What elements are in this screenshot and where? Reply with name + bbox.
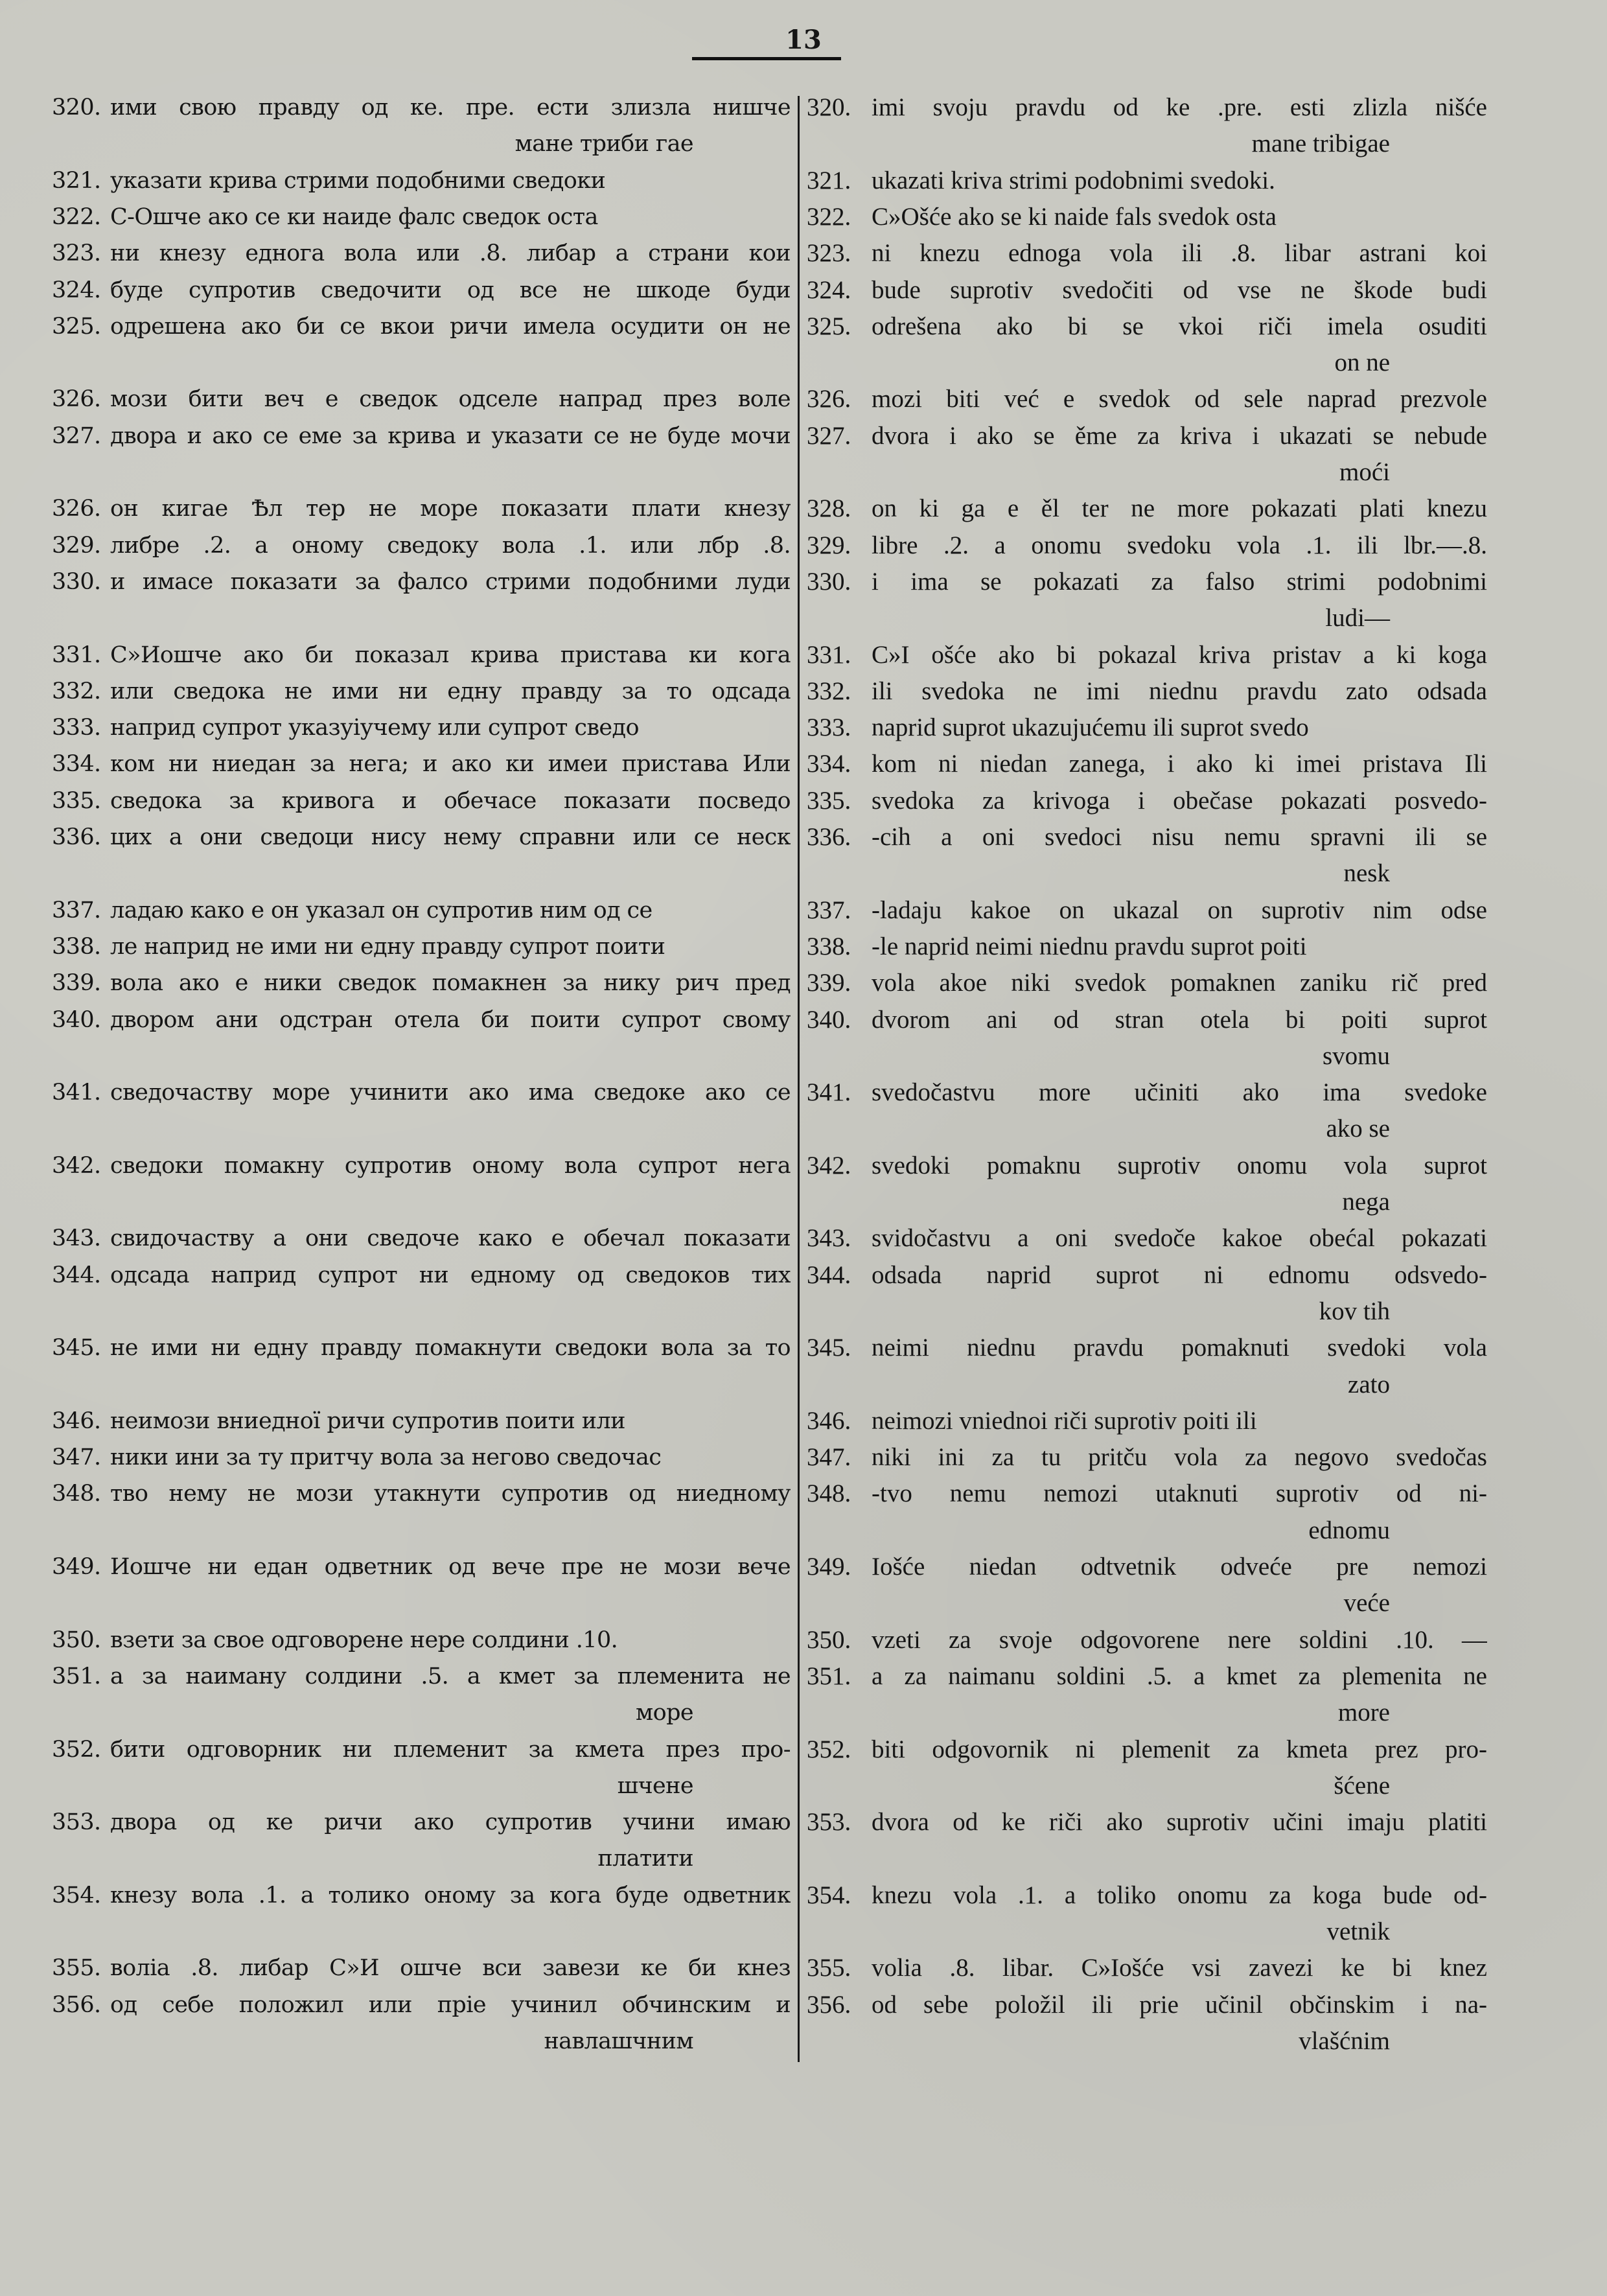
line-number: 345. <box>52 1331 110 1365</box>
line-text: odrešena ako bi se vkoi riči imela osudi… <box>872 310 1487 343</box>
line-number: 325. <box>807 310 872 343</box>
line-text: C»Ošće ako se ki naide fals svedok osta <box>872 200 1487 234</box>
numbered-line: 348.-tvo nemu nemozi utaknuti suprotiv o… <box>807 1477 1487 1511</box>
line-text: bude suprotiv svedočiti od vse ne škode … <box>872 273 1487 307</box>
numbered-line: 333.наприд супрот указуіучему или супрот… <box>52 711 791 745</box>
numbered-line: 330.и имасе показати за фалсо стрими под… <box>52 565 791 599</box>
line-number: 351. <box>52 1660 110 1693</box>
numbered-line: 322.С-Ошче ако се ки наиде фалс сведок о… <box>52 200 791 234</box>
line-number: 350. <box>52 1623 110 1657</box>
line-text: od sebe položil ili prie učinil občinski… <box>872 1988 1487 2022</box>
numbered-line: 355.воліа .8. либар С»И ошче вси завези … <box>52 1951 791 1985</box>
numbered-line: 321.ukazati kriva strimi podobnimi svedo… <box>807 164 1487 198</box>
line-number: 335. <box>52 784 110 818</box>
continuation-line: on ne <box>807 346 1487 380</box>
numbered-line: 353.dvora od ke riči ako suprotiv učini … <box>807 1805 1487 1839</box>
line-number: 327. <box>807 419 872 453</box>
numbered-line: 349.Iošće niedan odtvetnik odveće pre ne… <box>807 1550 1487 1584</box>
line-text: veće <box>872 1586 1487 1620</box>
line-text: volia .8. libar. C»Iošće vsi zavezi ke b… <box>872 1951 1487 1985</box>
continuation-line: zato <box>807 1368 1487 1402</box>
continuation-line: veće <box>807 1586 1487 1620</box>
numbered-line: 344.odsada naprid suprot ni ednomu odsve… <box>807 1258 1487 1292</box>
line-text: С»Иошче ако би показал крива пристава ки… <box>110 638 791 672</box>
line-text: двора и ако се еме за крива и указати се… <box>110 419 791 453</box>
continuation-line: ednomu <box>807 1514 1487 1548</box>
line-text: niki ini za tu pritču vola za negovo sve… <box>872 1441 1487 1474</box>
numbered-line: 347.niki ini za tu pritču vola za negovo… <box>807 1441 1487 1474</box>
line-text: i ima se pokazati za falso strimi podobn… <box>872 565 1487 599</box>
line-text: vzeti za svoje odgovorene nere soldini .… <box>872 1623 1487 1657</box>
continuation-line: more <box>807 1696 1487 1730</box>
line-text: -cih a oni svedoci nisu nemu spravni ili… <box>872 820 1487 854</box>
line-number: 339. <box>807 966 872 1000</box>
line-number: 338. <box>52 930 110 964</box>
numbered-line: 342.сведоки помакну супротив оному вола … <box>52 1149 791 1183</box>
numbered-line: 323.ни кнезу еднога вола или .8. либар а… <box>52 237 791 270</box>
line-text: mane tribigae <box>872 127 1487 161</box>
numbered-line: 335.сведока за кривога и обечасе показат… <box>52 784 791 818</box>
line-text: ими свою правду од ке. пре. ести злизла … <box>110 91 791 124</box>
numbered-line: 327.двора и ако се еме за крива и указат… <box>52 419 791 453</box>
numbered-line: 330.i ima se pokazati za falso strimi po… <box>807 565 1487 599</box>
page-number-rule <box>692 57 841 60</box>
numbered-line: 323.ni knezu ednoga vola ili .8. libar a… <box>807 237 1487 270</box>
numbered-line: 348.тво нему не мози утакнути супротив о… <box>52 1477 791 1511</box>
line-text: vetnik <box>872 1915 1487 1949</box>
line-number: 355. <box>52 1951 110 1985</box>
numbered-line: 342.svedoki pomaknu suprotiv onomu vola … <box>807 1149 1487 1183</box>
line-number: 338. <box>807 930 872 964</box>
numbered-line: 332.ili svedoka ne imi niednu pravdu zat… <box>807 675 1487 708</box>
line-text: šćene <box>872 1769 1487 1803</box>
numbered-line: 325.одрешена ако би се вкои ричи имела о… <box>52 310 791 343</box>
numbered-line: 354.knezu vola .1. a toliko onomu za kog… <box>807 1879 1487 1912</box>
line-number: 331. <box>807 638 872 672</box>
line-text: навлашчним <box>110 2024 791 2058</box>
numbered-line: 339.вола ако е ники сведок помакнен за н… <box>52 966 791 1000</box>
numbered-line: 324.bude suprotiv svedočiti od vse ne šk… <box>807 273 1487 307</box>
line-text: kom ni niedan zanega, i ako ki imei pris… <box>872 747 1487 781</box>
line-number: 347. <box>807 1441 872 1474</box>
line-number: 339. <box>52 966 110 1000</box>
line-text: dvora i ako se ěme za kriva i ukazati se… <box>872 419 1487 453</box>
continuation-line: svomu <box>807 1039 1487 1073</box>
line-number: 353. <box>52 1805 110 1839</box>
continuation-line: nesk <box>807 857 1487 890</box>
line-number: 341. <box>52 1076 110 1109</box>
numbered-line: 339.vola akoe niki svedok pomaknen zanik… <box>807 966 1487 1000</box>
line-number: 321. <box>807 164 872 198</box>
line-number: 349. <box>52 1550 110 1584</box>
line-number: 324. <box>52 273 110 307</box>
line-text: буде супротив сведочити од все не шкоде … <box>110 273 791 307</box>
continuation-line: ludi— <box>807 601 1487 635</box>
numbered-line: 326.он кигае Ѣл тер не море показати пла… <box>52 492 791 526</box>
numbered-line: 350.vzeti za svoje odgovorene nere soldi… <box>807 1623 1487 1657</box>
line-text: двора од ке ричи ако супротив учини имаю <box>110 1805 791 1839</box>
line-number: 352. <box>807 1733 872 1767</box>
line-text: svedoki pomaknu suprotiv onomu vola supr… <box>872 1149 1487 1183</box>
line-number: 328. <box>807 492 872 526</box>
numbered-line: 351.a za naimanu soldini .5. a kmet za p… <box>807 1660 1487 1693</box>
line-text: двором ани одстран отела би поити супрот… <box>110 1003 791 1037</box>
numbered-line: 354.кнезу вола .1. а толико оному за ког… <box>52 1879 791 1912</box>
line-number: 340. <box>52 1003 110 1037</box>
numbered-line: 344.одсада наприд супрот ни едному од св… <box>52 1258 791 1292</box>
line-text: цих а они сведоци нису нему справни или … <box>110 820 791 854</box>
line-text: vlašćnim <box>872 2024 1487 2058</box>
line-text: zato <box>872 1368 1487 1402</box>
line-text: odsada naprid suprot ni ednomu odsvedo- <box>872 1258 1487 1292</box>
numbered-line: 324.буде супротив сведочити од все не шк… <box>52 273 791 307</box>
numbered-line: 351.а за наиману солдини .5. а кмет за п… <box>52 1660 791 1693</box>
line-text: вола ако е ники сведок помакнен за нику … <box>110 966 791 1000</box>
line-number: 327. <box>52 419 110 453</box>
line-text: бити одговорник ни племенит за кмета пре… <box>110 1733 791 1767</box>
line-number: 346. <box>52 1404 110 1438</box>
line-number: 322. <box>52 200 110 234</box>
line-number: 341. <box>807 1076 872 1109</box>
numbered-line: 356.од себе положил или пріе учинил обчи… <box>52 1988 791 2022</box>
line-text: moći <box>872 456 1487 489</box>
line-number: 355. <box>807 1951 872 1985</box>
line-number: 343. <box>807 1222 872 1255</box>
line-number: 323. <box>807 237 872 270</box>
line-text: libre .2. a onomu svedoku vola .1. ili l… <box>872 529 1487 562</box>
line-text: и имасе показати за фалсо стрими подобни… <box>110 565 791 599</box>
line-number: 334. <box>807 747 872 781</box>
numbered-line: 326.мози бити веч е сведок одселе напрад… <box>52 382 791 416</box>
line-number: 330. <box>52 565 110 599</box>
numbered-line: 329.либре .2. а оному сведоку вола .1. и… <box>52 529 791 562</box>
line-number: 330. <box>807 565 872 599</box>
continuation-line: платити <box>52 1842 791 1875</box>
line-number: 348. <box>807 1477 872 1511</box>
line-text: кнезу вола .1. а толико оному за кога бу… <box>110 1879 791 1912</box>
line-number: 337. <box>807 894 872 927</box>
line-number: 322. <box>807 200 872 234</box>
numbered-line: 340.двором ани одстран отела би поити су… <box>52 1003 791 1037</box>
numbered-line: 331.С»Иошче ако би показал крива пристав… <box>52 638 791 672</box>
line-text: платити <box>110 1842 791 1875</box>
numbered-line: 325.odrešena ako bi se vkoi riči imela o… <box>807 310 1487 343</box>
continuation-line: шчене <box>52 1769 791 1803</box>
line-number: 326. <box>807 382 872 416</box>
numbered-line: 341.svedočastvu more učiniti ako ima sve… <box>807 1076 1487 1109</box>
line-number: 329. <box>52 529 110 562</box>
line-text: -ladaju kakoe on ukazal on suprotiv nim … <box>872 894 1487 927</box>
numbered-line: 337.-ladaju kakoe on ukazal on suprotiv … <box>807 894 1487 927</box>
line-number: 352. <box>52 1733 110 1767</box>
line-number: 336. <box>52 820 110 854</box>
numbered-line: 332.или сведока не ими ни едну правду за… <box>52 675 791 708</box>
line-number: 351. <box>807 1660 872 1693</box>
numbered-line: 331.C»I ošće ako bi pokazal kriva prista… <box>807 638 1487 672</box>
line-text: а за наиману солдини .5. а кмет за племе… <box>110 1660 791 1693</box>
line-text: nega <box>872 1185 1487 1219</box>
line-number: 334. <box>52 747 110 781</box>
line-number: 323. <box>52 237 110 270</box>
line-text: -le naprid neimi niednu pravdu suprot po… <box>872 930 1487 964</box>
numbered-line: 352.biti odgovornik ni plemenit za kmeta… <box>807 1733 1487 1767</box>
line-text: сведоки помакну супротив оному вола супр… <box>110 1149 791 1183</box>
numbered-line: 343.свидочаству а они сведоче како е обе… <box>52 1222 791 1255</box>
line-number: 332. <box>807 675 872 708</box>
line-text: сведочаству море учинити ако има сведоке… <box>110 1076 791 1109</box>
line-number: 325. <box>52 310 110 343</box>
continuation-line: навлашчним <box>52 2024 791 2058</box>
line-number: 345. <box>807 1331 872 1365</box>
line-text: С-Ошче ако се ки наиде фалс сведок оста <box>110 200 791 234</box>
line-number: 329. <box>807 529 872 562</box>
line-text: ни кнезу еднога вола или .8. либар а стр… <box>110 237 791 270</box>
line-number: 320. <box>52 91 110 124</box>
line-text: не ими ни едну правду помакнути сведоки … <box>110 1331 791 1365</box>
numbered-line: 333.naprid suprot ukazujućemu ili suprot… <box>807 711 1487 745</box>
line-text: svedoka za krivoga i obečase pokazati po… <box>872 784 1487 818</box>
numbered-line: 346.неимози вниедної ричи супротив поити… <box>52 1404 791 1438</box>
line-number: 346. <box>807 1404 872 1438</box>
line-text: svedočastvu more učiniti ako ima svedoke <box>872 1076 1487 1109</box>
numbered-line: 349.Иошче ни едан одветник од вече пре н… <box>52 1550 791 1584</box>
continuation-line: vetnik <box>807 1915 1487 1949</box>
line-text: либре .2. а оному сведоку вола .1. или л… <box>110 529 791 562</box>
line-text: воліа .8. либар С»И ошче вси завези ке б… <box>110 1951 791 1985</box>
line-text: ako se <box>872 1112 1487 1146</box>
line-text: on ki ga e ěl ter ne more pokazati plati… <box>872 492 1487 526</box>
line-text: Iošće niedan odtvetnik odveće pre nemozi <box>872 1550 1487 1584</box>
line-text: неимози вниедної ричи супротив поити или <box>110 1404 791 1438</box>
line-text: ком ни ниедан за нега; и ако ки имеи при… <box>110 747 791 781</box>
line-number: 354. <box>807 1879 872 1912</box>
numbered-line: 346.neimozi vniednoi riči suprotiv poiti… <box>807 1404 1487 1438</box>
line-text: naprid suprot ukazujućemu ili suprot sve… <box>872 711 1487 745</box>
numbered-line: 345.не ими ни едну правду помакнути свед… <box>52 1331 791 1365</box>
numbered-line: 355.volia .8. libar. C»Iošće vsi zavezi … <box>807 1951 1487 1985</box>
line-text: он кигае Ѣл тер не море показати плати к… <box>110 492 791 526</box>
line-number: 349. <box>807 1550 872 1584</box>
line-number: 356. <box>807 1988 872 2022</box>
line-number: 324. <box>807 273 872 307</box>
line-text: a za naimanu soldini .5. a kmet za pleme… <box>872 1660 1487 1693</box>
continuation-line: mane tribigae <box>807 127 1487 161</box>
numbered-line: 334.kom ni niedan zanega, i ako ki imei … <box>807 747 1487 781</box>
line-number: 336. <box>807 820 872 854</box>
line-number: 326. <box>52 492 110 526</box>
line-number: 333. <box>807 711 872 745</box>
line-text: -tvo nemu nemozi utaknuti suprotiv od ni… <box>872 1477 1487 1511</box>
numbered-line: 321.указати крива стрими подобними сведо… <box>52 164 791 198</box>
line-text: neimi niednu pravdu pomaknuti svedoki vo… <box>872 1331 1487 1365</box>
numbered-line: 341.сведочаству море учинити ако има све… <box>52 1076 791 1109</box>
line-text: мане триби гае <box>110 127 791 161</box>
numbered-line: 334.ком ни ниедан за нега; и ако ки имеи… <box>52 747 791 781</box>
line-number: 331. <box>52 638 110 672</box>
line-text: наприд супрот указуіучему или супрот све… <box>110 711 791 745</box>
line-number: 342. <box>52 1149 110 1183</box>
numbered-line: 337.ладаю како е он указал он супротив н… <box>52 894 791 927</box>
numbered-line: 338.-le naprid neimi niednu pravdu supro… <box>807 930 1487 964</box>
line-text: svomu <box>872 1039 1487 1073</box>
line-text: dvora od ke riči ako suprotiv učini imaj… <box>872 1805 1487 1839</box>
line-number: 347. <box>52 1441 110 1474</box>
line-number: 340. <box>807 1003 872 1037</box>
line-text: imi svoju pravdu od ke .pre. esti zlizla… <box>872 91 1487 124</box>
line-text: взети за свое одговорене нере солдини .1… <box>110 1623 791 1657</box>
line-text: neimozi vniednoi riči suprotiv poiti ili <box>872 1404 1487 1438</box>
numbered-line: 356.od sebe položil ili prie učinil obči… <box>807 1988 1487 2022</box>
line-number: 342. <box>807 1149 872 1183</box>
continuation-line: ako se <box>807 1112 1487 1146</box>
line-text: или сведока не ими ни едну правду за то … <box>110 675 791 708</box>
numbered-line: 338.ле наприд не ими ни едну правду супр… <box>52 930 791 964</box>
line-text: одрешена ако би се вкои ричи имела осуди… <box>110 310 791 343</box>
continuation-line: šćene <box>807 1769 1487 1803</box>
line-number: 353. <box>807 1805 872 1839</box>
line-text: од себе положил или пріе учинил обчински… <box>110 1988 791 2022</box>
line-text: указати крива стрими подобними сведоки <box>110 164 791 198</box>
numbered-line: 350.взети за свое одговорене нере солдин… <box>52 1623 791 1657</box>
numbered-line: 329.libre .2. a onomu svedoku vola .1. i… <box>807 529 1487 562</box>
continuation-line: vlašćnim <box>807 2024 1487 2058</box>
numbered-line: 336.-cih a oni svedoci nisu nemu spravni… <box>807 820 1487 854</box>
numbered-line: 353.двора од ке ричи ако супротив учини … <box>52 1805 791 1839</box>
line-text: ludi— <box>872 601 1487 635</box>
line-text: more <box>872 1696 1487 1730</box>
line-text: ники ини за ту притчу вола за негово све… <box>110 1441 791 1474</box>
line-number: 337. <box>52 894 110 927</box>
continuation-line: kov tih <box>807 1295 1487 1328</box>
line-number: 321. <box>52 164 110 198</box>
line-number: 350. <box>807 1623 872 1657</box>
numbered-line: 328.on ki ga e ěl ter ne more pokazati p… <box>807 492 1487 526</box>
numbered-line: 347.ники ини за ту притчу вола за негово… <box>52 1441 791 1474</box>
numbered-line: 322.C»Ošće ako se ki naide fals svedok o… <box>807 200 1487 234</box>
line-number: 344. <box>52 1258 110 1292</box>
continuation-line: мане триби гае <box>52 127 791 161</box>
line-number: 344. <box>807 1258 872 1292</box>
line-text: море <box>110 1696 791 1730</box>
line-text: on ne <box>872 346 1487 380</box>
line-number: 348. <box>52 1477 110 1511</box>
continuation-line: море <box>52 1696 791 1730</box>
line-text: svidočastvu a oni svedoče kakoe obećal p… <box>872 1222 1487 1255</box>
numbered-line: 352.бити одговорник ни племенит за кмета… <box>52 1733 791 1767</box>
column-divider <box>798 96 800 2062</box>
numbered-line: 336.цих а они сведоци нису нему справни … <box>52 820 791 854</box>
line-text: ладаю како е он указал он супротив ним о… <box>110 894 791 927</box>
line-text: knezu vola .1. a toliko onomu za koga bu… <box>872 1879 1487 1912</box>
continuation-line: moći <box>807 456 1487 489</box>
numbered-line: 345.neimi niednu pravdu pomaknuti svedok… <box>807 1331 1487 1365</box>
line-text: vola akoe niki svedok pomaknen zaniku ri… <box>872 966 1487 1000</box>
numbered-line: 327.dvora i ako se ěme za kriva i ukazat… <box>807 419 1487 453</box>
line-text: kov tih <box>872 1295 1487 1328</box>
line-text: сведока за кривога и обечасе показати по… <box>110 784 791 818</box>
line-text: ле наприд не ими ни едну правду супрот п… <box>110 930 791 964</box>
line-text: ni knezu ednoga vola ili .8. libar astra… <box>872 237 1487 270</box>
line-text: мози бити веч е сведок одселе напрад пре… <box>110 382 791 416</box>
line-text: dvorom ani od stran otela bi poiti supro… <box>872 1003 1487 1037</box>
numbered-line: 340.dvorom ani od stran otela bi poiti s… <box>807 1003 1487 1037</box>
line-text: ednomu <box>872 1514 1487 1548</box>
line-text: одсада наприд супрот ни едному од сведок… <box>110 1258 791 1292</box>
line-number: 343. <box>52 1222 110 1255</box>
line-text: mozi biti već e svedok od sele naprad pr… <box>872 382 1487 416</box>
line-text: ukazati kriva strimi podobnimi svedoki. <box>872 164 1487 198</box>
numbered-line: 343.svidočastvu a oni svedoče kakoe obeć… <box>807 1222 1487 1255</box>
line-number: 332. <box>52 675 110 708</box>
line-text: nesk <box>872 857 1487 890</box>
line-text: C»I ošće ako bi pokazal kriva pristav a … <box>872 638 1487 672</box>
line-number: 320. <box>807 91 872 124</box>
line-number: 335. <box>807 784 872 818</box>
numbered-line: 320.imi svoju pravdu od ke .pre. esti zl… <box>807 91 1487 124</box>
line-text: свидочаству а они сведоче како е обечал … <box>110 1222 791 1255</box>
line-text: Иошче ни едан одветник од вече пре не мо… <box>110 1550 791 1584</box>
line-text: ili svedoka ne imi niednu pravdu zato od… <box>872 675 1487 708</box>
numbered-line: 326.mozi biti već e svedok od sele napra… <box>807 382 1487 416</box>
line-number: 356. <box>52 1988 110 2022</box>
page-number: 13 <box>739 25 868 55</box>
numbered-line: 320.ими свою правду од ке. пре. ести зли… <box>52 91 791 124</box>
line-text: biti odgovornik ni plemenit za kmeta pre… <box>872 1733 1487 1767</box>
numbered-line: 335.svedoka za krivoga i obečase pokazat… <box>807 784 1487 818</box>
line-text: шчене <box>110 1769 791 1803</box>
line-number: 333. <box>52 711 110 745</box>
line-number: 354. <box>52 1879 110 1912</box>
line-text: тво нему не мози утакнути супротив од ни… <box>110 1477 791 1511</box>
continuation-line: nega <box>807 1185 1487 1219</box>
line-number: 326. <box>52 382 110 416</box>
